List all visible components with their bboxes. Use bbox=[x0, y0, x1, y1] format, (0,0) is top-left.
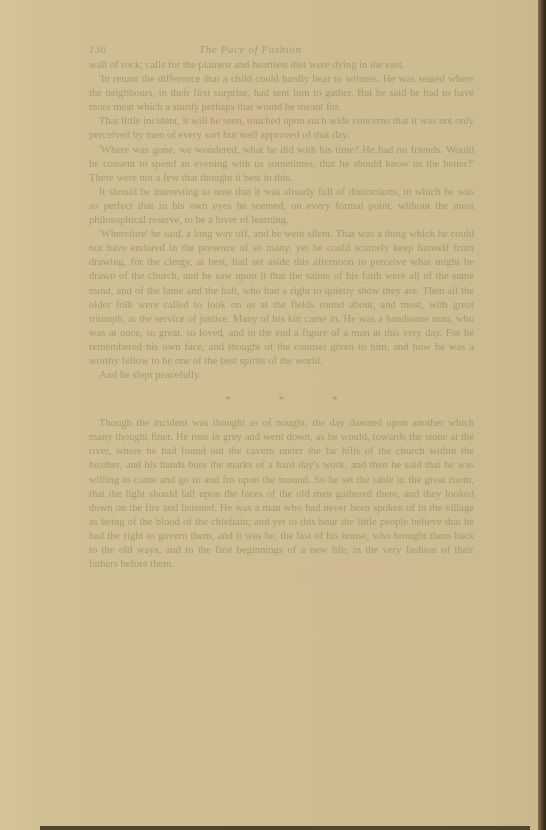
paragraph: 'Wherefore' he said, a long way off, and… bbox=[89, 228, 474, 369]
paragraph: Though the incident was thought as of no… bbox=[89, 417, 474, 572]
asterisk-mark: * bbox=[225, 393, 231, 407]
running-title: The Pace of Fashion bbox=[199, 44, 302, 56]
paragraph: And he slept peacefully. bbox=[89, 369, 474, 383]
section-break: * * * bbox=[89, 383, 474, 417]
paragraph: wall of rock; calls for the plainest and… bbox=[89, 59, 474, 73]
page-number: 136 bbox=[89, 44, 106, 56]
book-page: 136 The Pace of Fashion wall of rock; ca… bbox=[0, 0, 538, 830]
page-bottom-edge bbox=[40, 826, 530, 830]
paragraph: 'Where was gone, we wondered, what he di… bbox=[89, 144, 474, 186]
paragraph: It should be interesting to note that it… bbox=[89, 186, 474, 228]
running-header: 136 The Pace of Fashion bbox=[89, 44, 469, 58]
asterisk-mark: * bbox=[279, 393, 285, 407]
paragraph: That little incident, it will be seen, t… bbox=[89, 115, 474, 143]
asterisk-mark: * bbox=[332, 393, 338, 407]
body-text: wall of rock; calls for the plainest and… bbox=[89, 59, 474, 572]
book-spine-edge bbox=[538, 0, 546, 830]
paragraph: 'In return the difference that a child c… bbox=[89, 73, 474, 115]
